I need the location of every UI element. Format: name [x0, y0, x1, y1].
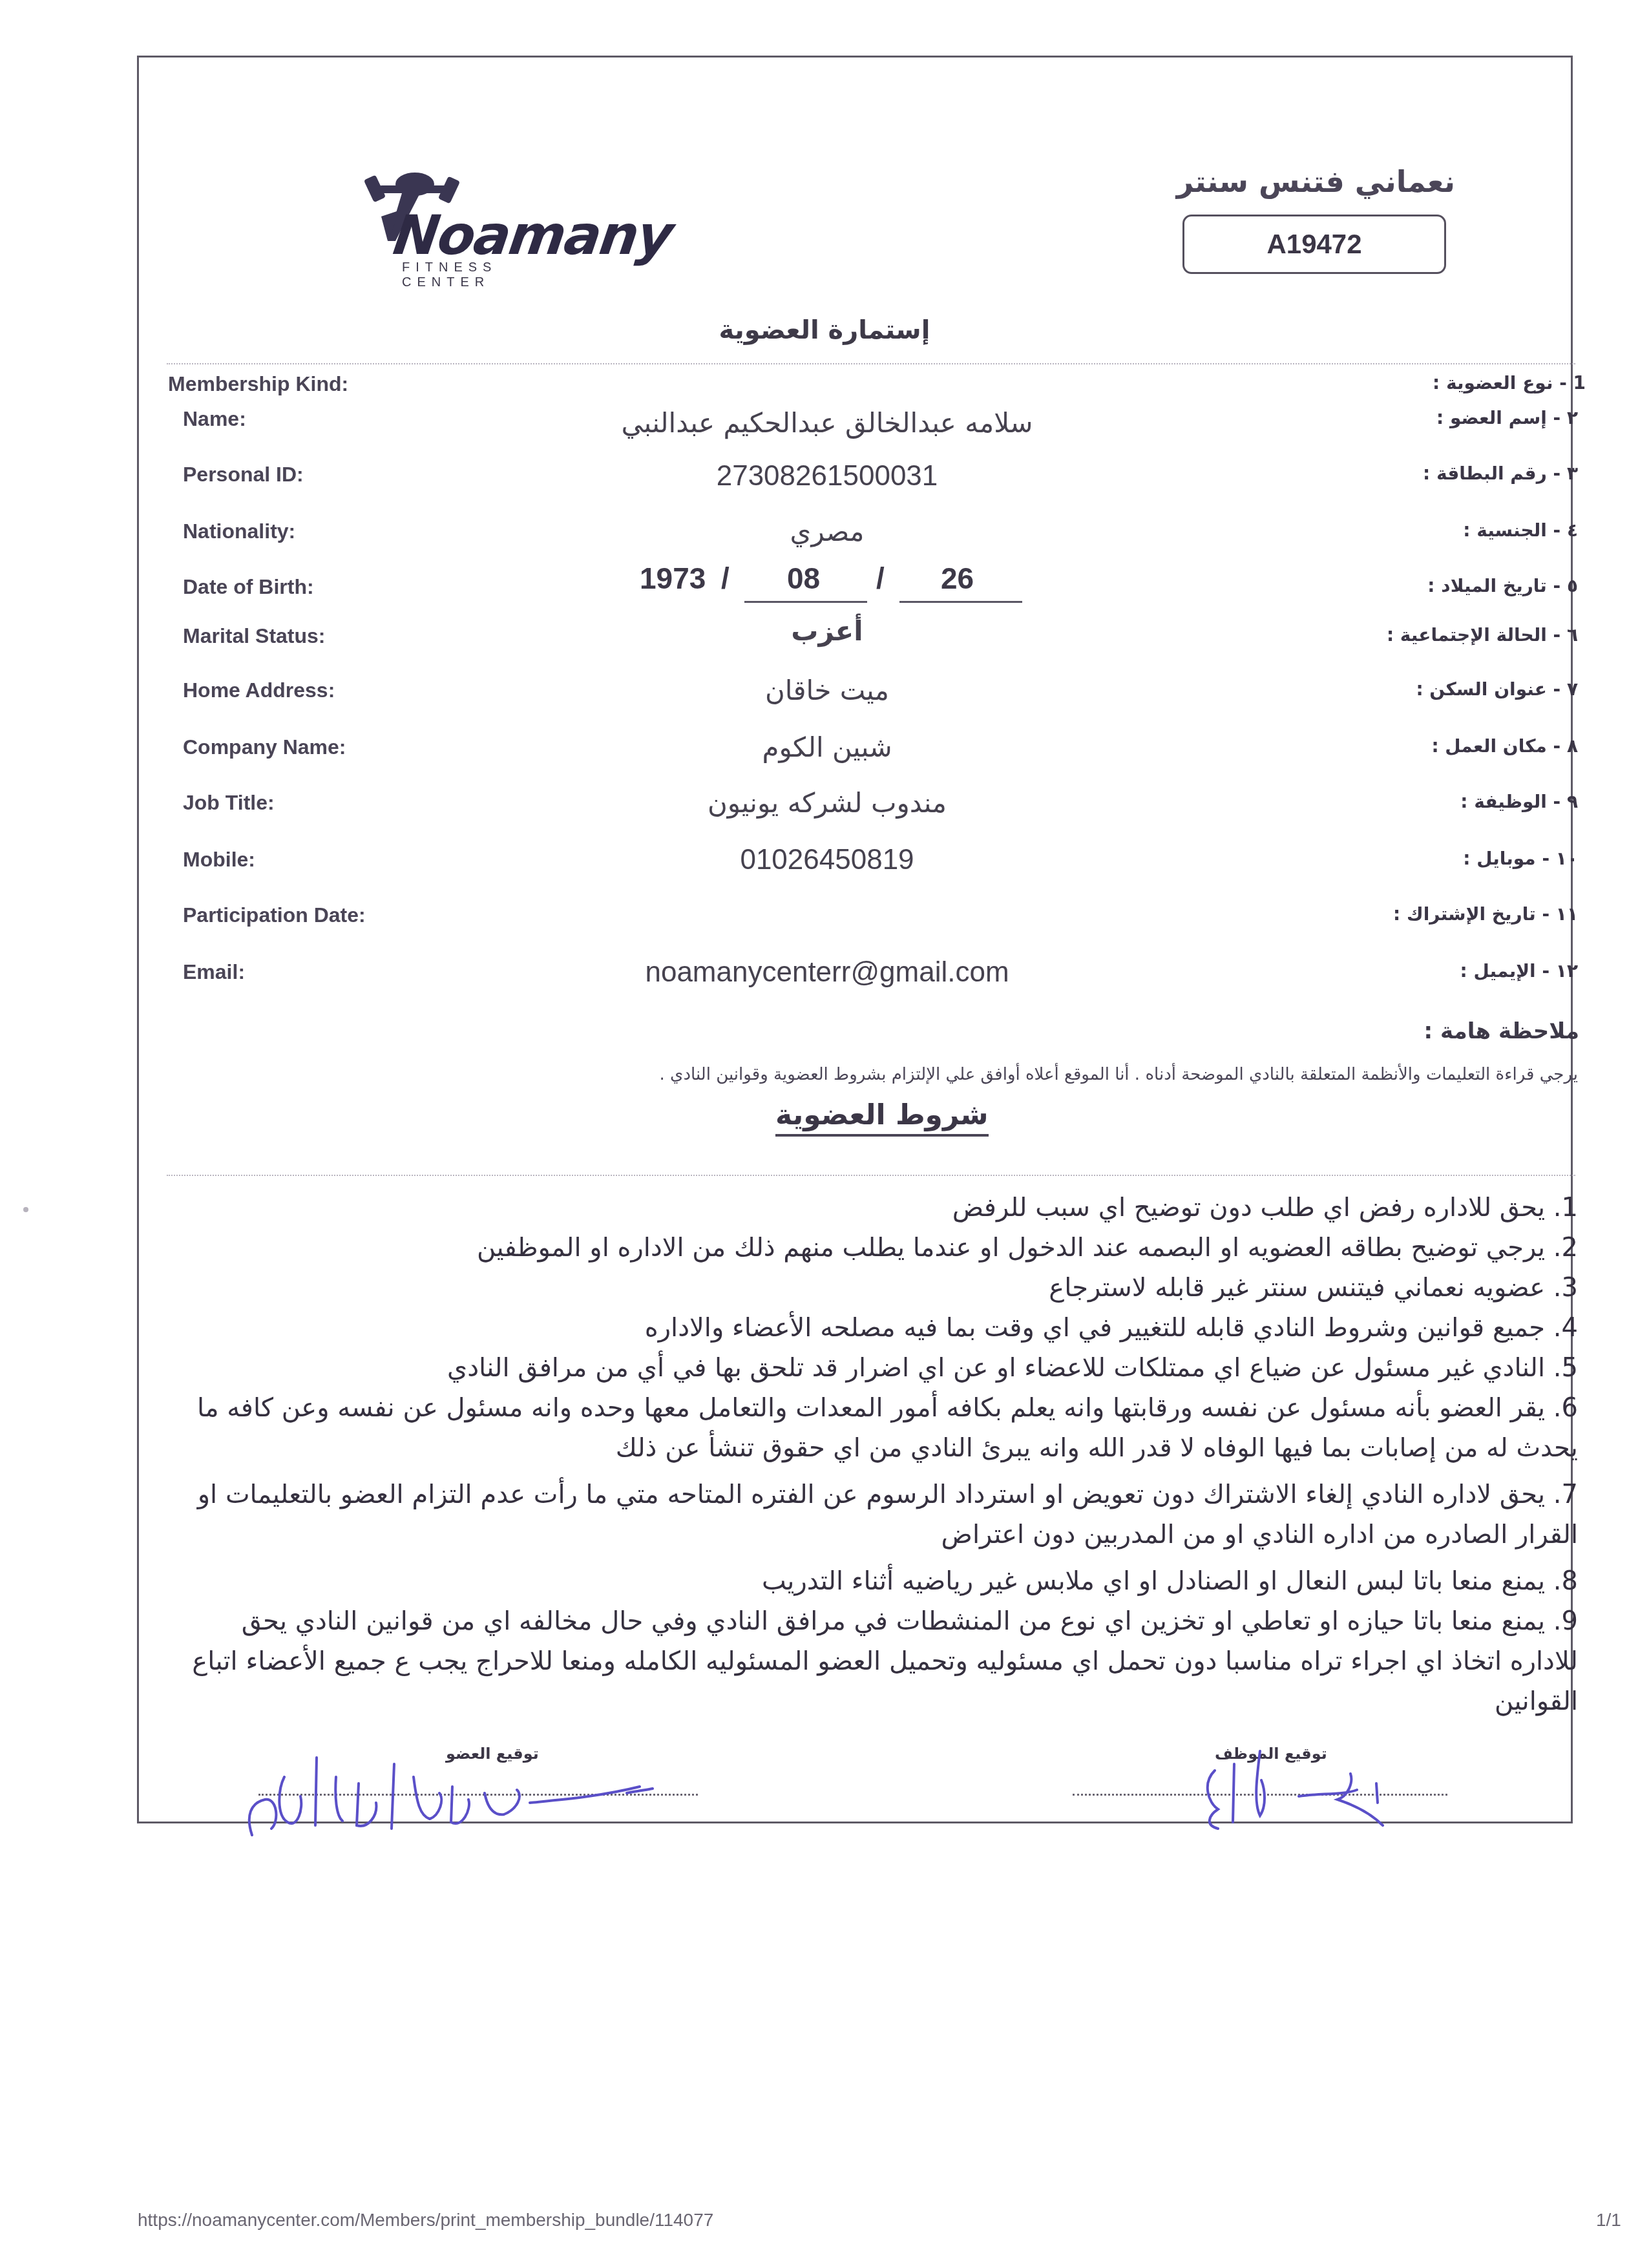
field-label-en: Participation Date:	[183, 903, 366, 927]
field-job-title: Job Title: مندوب لشركه يونيون ٩ - الوظيف…	[0, 791, 1649, 830]
scan-artifact	[23, 1207, 28, 1212]
field-label-en: Job Title:	[183, 791, 275, 815]
field-value: سلامه عبدالخالق عبدالحكيم عبدالنبي	[452, 407, 1202, 439]
field-value: مصري	[452, 516, 1202, 547]
term-item: 1. يحق للاداره رفض اي طلب دون توضيح اي س…	[189, 1188, 1578, 1228]
dob-separator: /	[721, 561, 730, 596]
field-label-en: Mobile:	[183, 848, 255, 872]
field-company-name: Company Name: شبين الكوم ٨ - مكان العمل …	[0, 735, 1649, 774]
field-label-en: Home Address:	[183, 678, 335, 702]
field-value: noamanycenterr@gmail.com	[452, 956, 1202, 989]
dob-year: 1973	[640, 561, 706, 596]
term-item: 2. يرجي توضيح بطاقه العضويه او البصمه عن…	[189, 1228, 1578, 1268]
field-label-ar: ٥ - تاريخ الميلاد :	[1427, 575, 1578, 596]
field-date-of-birth: Date of Birth: ٥ - تاريخ الميلاد :	[0, 575, 1649, 614]
page-url: https://noamanycenter.com/Members/print_…	[138, 2210, 713, 2231]
dob-month-underline	[744, 601, 867, 603]
divider	[167, 363, 1575, 364]
membership-code: A19472	[1266, 229, 1361, 260]
term-item: 7. يحق لاداره النادي إلغاء الاشتراك دون …	[189, 1475, 1578, 1555]
page-number: 1/1	[1596, 2210, 1621, 2231]
field-label-ar: ٤ - الجنسية :	[1463, 520, 1578, 541]
field-label-ar: ١٢ - الإيميل :	[1460, 960, 1578, 982]
dob-day: 26	[941, 561, 974, 596]
field-label-ar: ٢ - إسم العضو :	[1436, 407, 1578, 428]
term-item: 3. عضويه نعماني فيتنس سنتر غير قابله لاس…	[189, 1268, 1578, 1308]
field-value: مندوب لشركه يونيون	[452, 787, 1202, 819]
field-label-ar: ٧ - عنوان السكن :	[1416, 678, 1578, 700]
field-personal-id: Personal ID: 27308261500031 ٣ - رقم البط…	[0, 463, 1649, 501]
field-label-ar: ٨ - مكان العمل :	[1431, 735, 1578, 757]
field-membership-kind: Membership Kind: 1 - نوع العضوية :	[0, 372, 1649, 411]
field-label-ar: ٦ - الحالة الإجتماعية :	[1387, 624, 1578, 646]
field-label-en: Nationality:	[183, 520, 295, 543]
field-participation-date: Participation Date: ١١ - تاريخ الإشتراك …	[0, 903, 1649, 942]
field-label-ar: 1 - نوع العضوية :	[1433, 372, 1586, 394]
term-item: 5. النادي غير مسئول عن ضياع اي ممتلكات ل…	[189, 1348, 1578, 1388]
field-label-ar: ١١ - تاريخ الإشتراك :	[1393, 903, 1578, 925]
field-label-ar: ١٠ - موبايل :	[1463, 848, 1578, 869]
field-name: Name: سلامه عبدالخالق عبدالحكيم عبدالنبي…	[0, 407, 1649, 446]
important-note-text: يرجي قراءة التعليمات والأنظمة المتعلقة ب…	[660, 1065, 1578, 1084]
field-value: أعزب	[452, 615, 1202, 647]
important-note-heading: ملاحظة هامة :	[1424, 1018, 1579, 1044]
logo-subtitle: FITNESS CENTER	[402, 260, 569, 290]
membership-code-box: A19472	[1182, 215, 1446, 274]
field-label-en: Company Name:	[183, 735, 346, 759]
field-nationality: Nationality: مصري ٤ - الجنسية :	[0, 520, 1649, 558]
dob-month: 08	[787, 561, 820, 596]
field-value: 01026450819	[452, 844, 1202, 876]
terms-title: شروط العضوية	[775, 1098, 989, 1137]
field-value: شبين الكوم	[452, 731, 1202, 763]
member-signature	[239, 1738, 756, 1842]
field-label-ar: ٩ - الوظيفة :	[1460, 791, 1578, 812]
term-item: 8. يمنع منعا باتا لبس النعال او الصنادل …	[189, 1561, 1578, 1601]
term-item: 6. يقر العضو بأنه مسئول عن نفسه ورقابتها…	[189, 1388, 1578, 1468]
field-email: Email: noamanycenterr@gmail.com ١٢ - الإ…	[0, 960, 1649, 999]
field-marital-status: Marital Status: أعزب ٦ - الحالة الإجتماع…	[0, 624, 1649, 663]
field-value: ميت خاقان	[452, 675, 1202, 706]
dob-separator: /	[876, 561, 885, 596]
field-value: 27308261500031	[452, 460, 1202, 492]
brand-name-arabic: نعماني فتنس سنتر	[1177, 164, 1455, 199]
terms-list: 1. يحق للاداره رفض اي طلب دون توضيح اي س…	[189, 1188, 1578, 1728]
field-label-en: Personal ID:	[183, 463, 304, 487]
logo-wordmark: Noamany	[390, 204, 676, 267]
field-label-en: Email:	[183, 960, 245, 984]
field-home-address: Home Address: ميت خاقان ٧ - عنوان السكن …	[0, 678, 1649, 717]
field-label-ar: ٣ - رقم البطاقة :	[1423, 463, 1578, 484]
dob-day-underline	[899, 601, 1022, 603]
field-label-en: Name:	[183, 407, 246, 431]
field-label-en: Date of Birth:	[183, 575, 314, 599]
field-label-en: Marital Status:	[183, 624, 325, 648]
divider	[167, 1175, 1575, 1176]
field-label-en: Membership Kind:	[168, 372, 348, 396]
field-mobile: Mobile: 01026450819 ١٠ - موبايل :	[0, 848, 1649, 887]
term-item: 4. جميع قوانين وشروط النادي قابله للتغيي…	[189, 1308, 1578, 1348]
staff-signature	[1189, 1745, 1473, 1835]
form-title: إستمارة العضوية	[0, 315, 1649, 345]
term-item: 9. يمنع منعا باتا حيازه او تعاطي او تخزي…	[189, 1601, 1578, 1721]
noamany-logo: Noamany FITNESS CENTER	[355, 165, 569, 275]
